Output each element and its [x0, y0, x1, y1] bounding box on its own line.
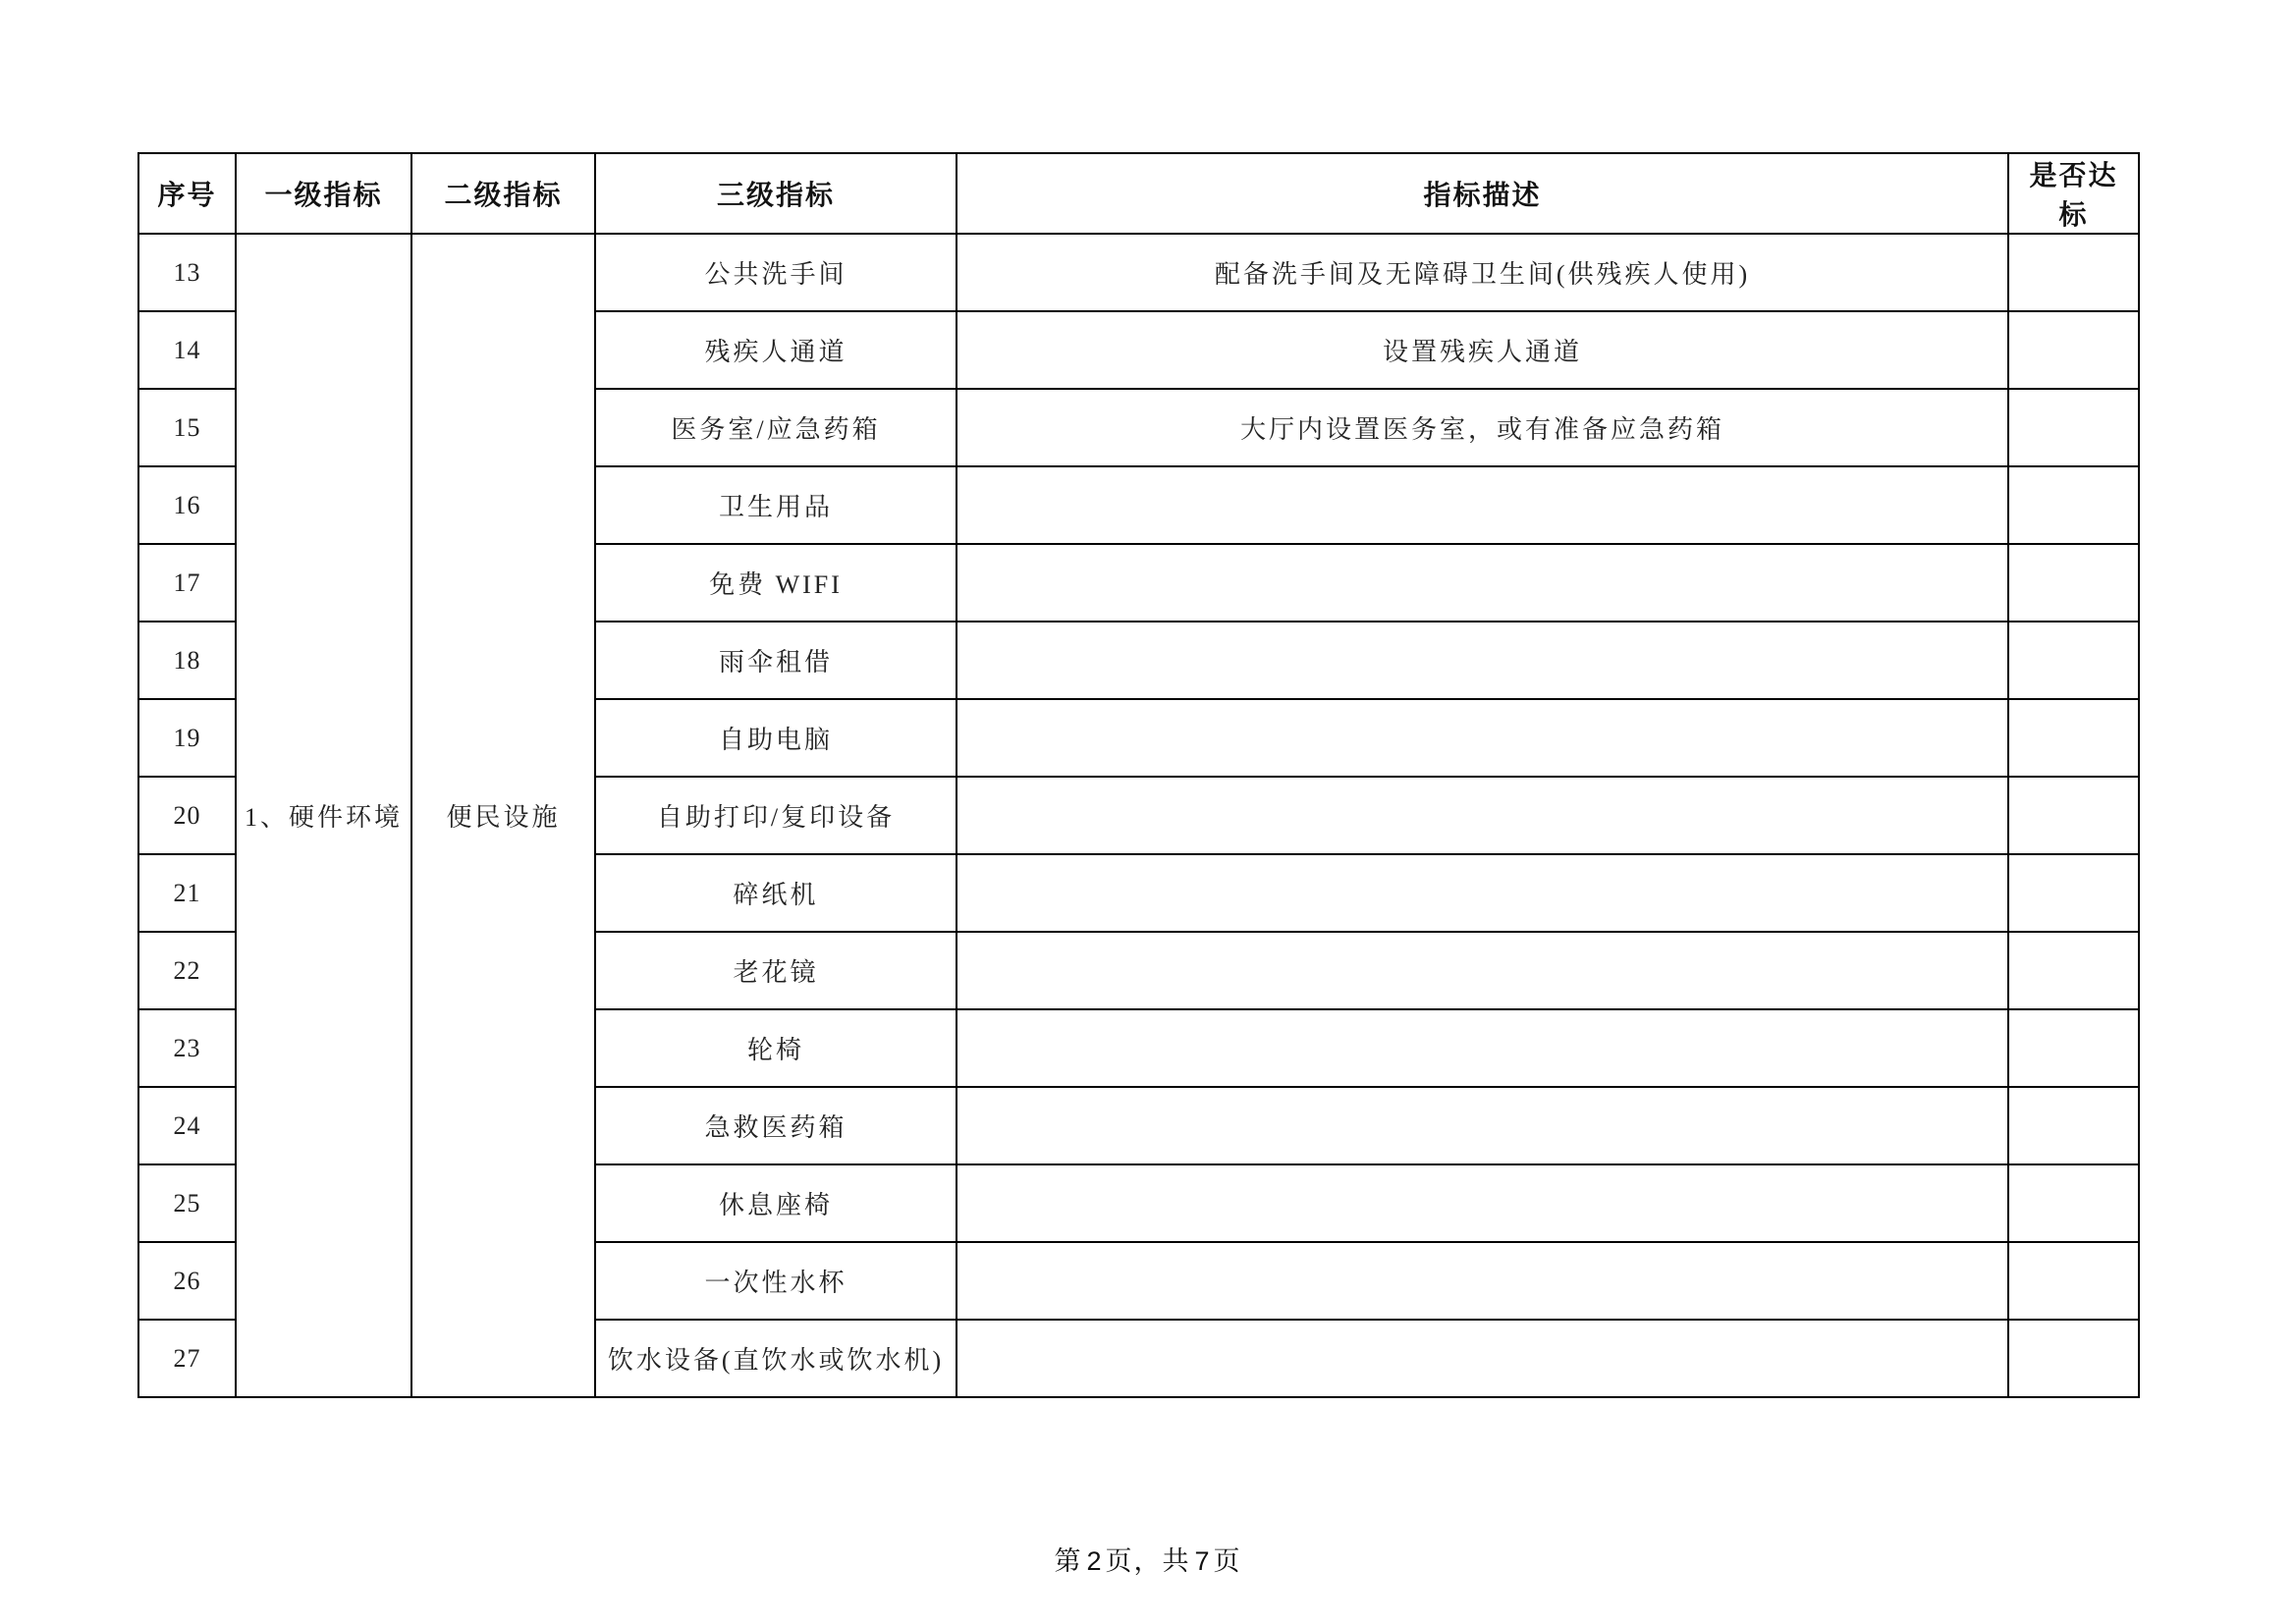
- row-number-cell: 20: [138, 777, 236, 854]
- document-page: { "table": { "headers": ["序号", "一级指标", "…: [0, 0, 2296, 1623]
- level3-indicator-cell: 公共洗手间: [595, 234, 957, 311]
- level3-indicator-cell: 自助打印/复印设备: [595, 777, 957, 854]
- level3-indicator-cell: 免费 WIFI: [595, 544, 957, 622]
- column-header-description: 指标描述: [957, 153, 2008, 234]
- row-number-cell: 14: [138, 311, 236, 389]
- description-cell: [957, 699, 2008, 777]
- row-number-cell: 26: [138, 1242, 236, 1320]
- description-cell: [957, 932, 2008, 1009]
- met-cell: [2008, 389, 2139, 466]
- column-header-level2: 二级指标: [411, 153, 595, 234]
- description-cell: [957, 1164, 2008, 1242]
- met-cell: [2008, 699, 2139, 777]
- indicator-table: 序号 一级指标 二级指标 三级指标 指标描述 是否达标 131、硬件环境便民设施…: [137, 152, 2140, 1398]
- met-cell: [2008, 1087, 2139, 1164]
- met-cell: [2008, 1164, 2139, 1242]
- row-number-cell: 19: [138, 699, 236, 777]
- row-number-cell: 24: [138, 1087, 236, 1164]
- row-number-cell: 15: [138, 389, 236, 466]
- footer-page-number: 2: [1082, 1546, 1105, 1576]
- footer-infix: 页，共: [1106, 1546, 1191, 1576]
- page-footer: 第2页，共7页: [0, 1540, 2296, 1578]
- met-cell: [2008, 1009, 2139, 1087]
- column-header-level3: 三级指标: [595, 153, 957, 234]
- description-cell: [957, 1242, 2008, 1320]
- level3-indicator-cell: 休息座椅: [595, 1164, 957, 1242]
- row-number-cell: 21: [138, 854, 236, 932]
- description-cell: [957, 854, 2008, 932]
- description-cell: 设置残疾人通道: [957, 311, 2008, 389]
- row-number-cell: 22: [138, 932, 236, 1009]
- row-number-cell: 16: [138, 466, 236, 544]
- description-cell: 大厅内设置医务室，或有准备应急药箱: [957, 389, 2008, 466]
- description-cell: [957, 1087, 2008, 1164]
- level3-indicator-cell: 残疾人通道: [595, 311, 957, 389]
- level3-indicator-cell: 急救医药箱: [595, 1087, 957, 1164]
- description-cell: [957, 777, 2008, 854]
- description-cell: [957, 1009, 2008, 1087]
- footer-prefix: 第: [1054, 1546, 1082, 1576]
- row-number-cell: 23: [138, 1009, 236, 1087]
- description-cell: 配备洗手间及无障碍卫生间(供残疾人使用): [957, 234, 2008, 311]
- level3-indicator-cell: 自助电脑: [595, 699, 957, 777]
- met-cell: [2008, 932, 2139, 1009]
- met-cell: [2008, 854, 2139, 932]
- column-header-met: 是否达标: [2008, 153, 2139, 234]
- level3-indicator-cell: 雨伞租借: [595, 622, 957, 699]
- level3-indicator-cell: 轮椅: [595, 1009, 957, 1087]
- level3-indicator-cell: 一次性水杯: [595, 1242, 957, 1320]
- footer-total-pages: 7: [1191, 1546, 1214, 1576]
- level3-indicator-cell: 医务室/应急药箱: [595, 389, 957, 466]
- met-cell: [2008, 234, 2139, 311]
- table-header-row: 序号 一级指标 二级指标 三级指标 指标描述 是否达标: [138, 153, 2139, 234]
- footer-suffix: 页: [1214, 1546, 1242, 1576]
- level3-indicator-cell: 饮水设备(直饮水或饮水机): [595, 1320, 957, 1397]
- met-cell: [2008, 544, 2139, 622]
- met-cell: [2008, 311, 2139, 389]
- description-cell: [957, 544, 2008, 622]
- met-cell: [2008, 777, 2139, 854]
- row-number-cell: 27: [138, 1320, 236, 1397]
- column-header-level1: 一级指标: [236, 153, 411, 234]
- column-header-serial: 序号: [138, 153, 236, 234]
- table-row: 131、硬件环境便民设施公共洗手间配备洗手间及无障碍卫生间(供残疾人使用): [138, 234, 2139, 311]
- level2-indicator-cell: 便民设施: [411, 234, 595, 1397]
- row-number-cell: 17: [138, 544, 236, 622]
- table-body: 131、硬件环境便民设施公共洗手间配备洗手间及无障碍卫生间(供残疾人使用)14残…: [138, 234, 2139, 1397]
- level3-indicator-cell: 卫生用品: [595, 466, 957, 544]
- met-cell: [2008, 622, 2139, 699]
- met-cell: [2008, 466, 2139, 544]
- met-cell: [2008, 1242, 2139, 1320]
- level1-indicator-cell: 1、硬件环境: [236, 234, 411, 1397]
- description-cell: [957, 622, 2008, 699]
- row-number-cell: 13: [138, 234, 236, 311]
- row-number-cell: 25: [138, 1164, 236, 1242]
- row-number-cell: 18: [138, 622, 236, 699]
- description-cell: [957, 1320, 2008, 1397]
- met-cell: [2008, 1320, 2139, 1397]
- level3-indicator-cell: 碎纸机: [595, 854, 957, 932]
- description-cell: [957, 466, 2008, 544]
- level3-indicator-cell: 老花镜: [595, 932, 957, 1009]
